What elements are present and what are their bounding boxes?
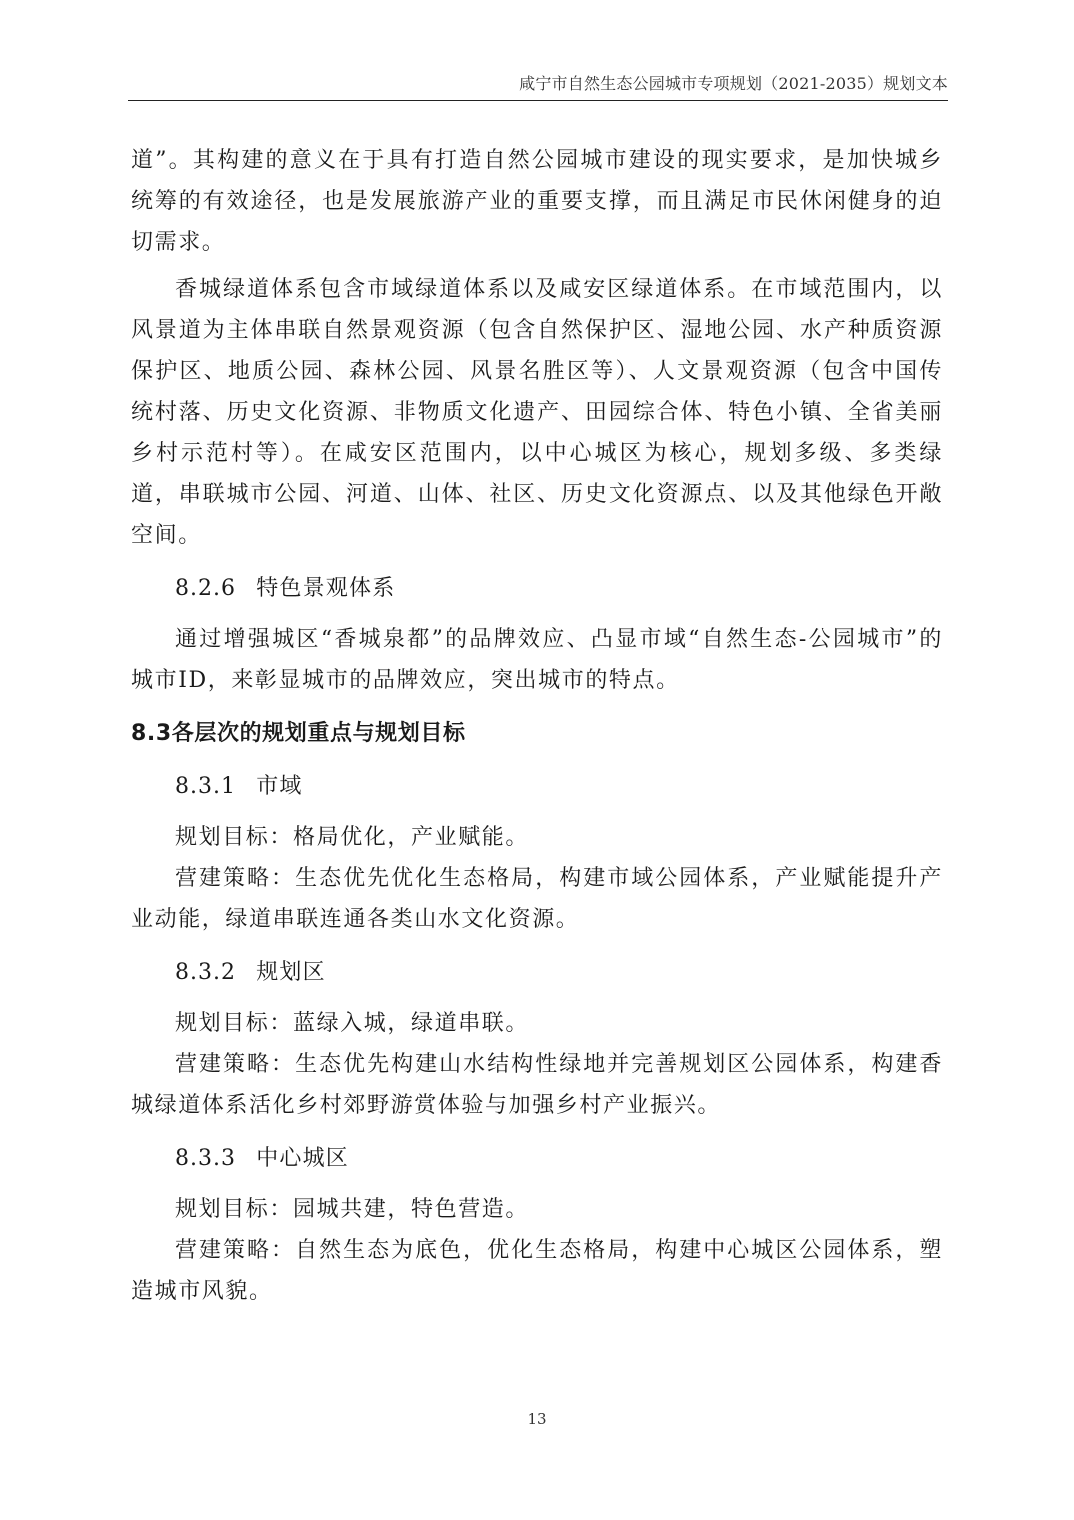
paragraph-continued: 道”。其构建的意义在于具有打造自然公园城市建设的现实要求，是加快城乡统筹的有效途… [131,140,943,263]
planning-goal-city: 规划目标：格局优化，产业赋能。 [131,817,943,858]
subsection-number: 8.3.3 [175,1146,236,1171]
subsection-title: 中心城区 [256,1146,349,1171]
running-header: 咸宁市自然生态公园城市专项规划（2021-2035）规划文本 [128,74,948,101]
strategy-city: 营建策略：生态优先优化生态格局，构建市域公园体系，产业赋能提升产业动能，绿道串联… [131,858,943,940]
subsection-title: 特色景观体系 [256,576,395,601]
subsection-heading-8-2-6: 8.2.6 特色景观体系 [131,568,943,609]
page-number: 13 [0,1410,1074,1428]
paragraph-landscape-system: 通过增强城区“香城泉都”的品牌效应、凸显市域“自然生态-公园城市”的城市ID，来… [131,619,943,701]
subsection-number: 8.2.6 [175,576,236,601]
subsection-heading-8-3-1: 8.3.1 市域 [131,766,943,807]
strategy-central-city: 营建策略：自然生态为底色，优化生态格局，构建中心城区公园体系，塑造城市风貌。 [131,1230,943,1312]
page-content: 道”。其构建的意义在于具有打造自然公园城市建设的现实要求，是加快城乡统筹的有效途… [131,140,943,1312]
document-title: 咸宁市自然生态公园城市专项规划（2021-2035）规划文本 [519,74,948,93]
document-page: 咸宁市自然生态公园城市专项规划（2021-2035）规划文本 道”。其构建的意义… [0,0,1074,1520]
subsection-title: 规划区 [256,960,326,985]
planning-goal-central-city: 规划目标：园城共建，特色营造。 [131,1189,943,1230]
subsection-heading-8-3-2: 8.3.2 规划区 [131,952,943,993]
subsection-number: 8.3.2 [175,960,236,985]
section-heading-8-3: 8.3各层次的规划重点与规划目标 [131,713,943,754]
subsection-number: 8.3.1 [175,774,236,799]
planning-goal-planning-area: 规划目标：蓝绿入城，绿道串联。 [131,1003,943,1044]
subsection-title: 市域 [256,774,302,799]
paragraph-greenway-system: 香城绿道体系包含市域绿道体系以及咸安区绿道体系。在市域范围内，以风景道为主体串联… [131,269,943,556]
strategy-planning-area: 营建策略：生态优先构建山水结构性绿地并完善规划区公园体系，构建香城绿道体系活化乡… [131,1044,943,1126]
subsection-heading-8-3-3: 8.3.3 中心城区 [131,1138,943,1179]
